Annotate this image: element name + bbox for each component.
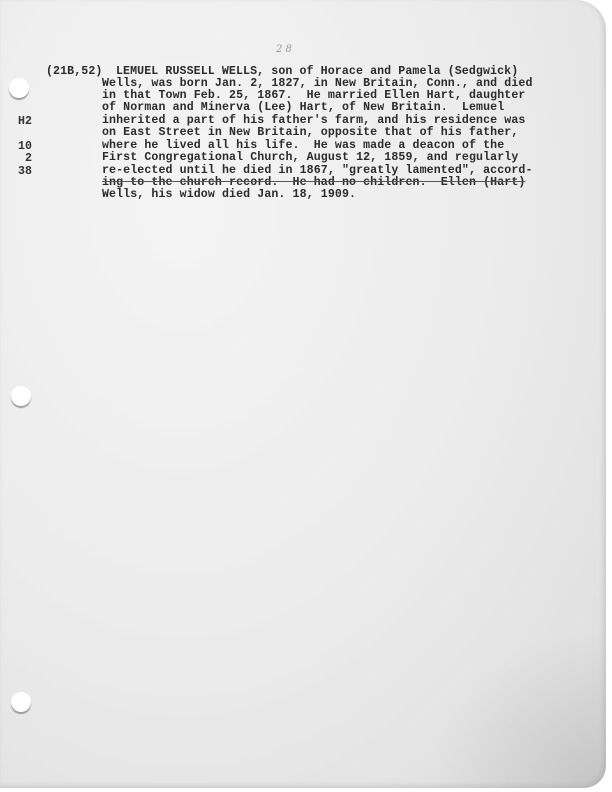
entry-line-3: of Norman and Minerva (Lee) Hart, of New… <box>102 102 504 114</box>
entry-line-7: First Congregational Church, August 12, … <box>102 152 518 164</box>
margin-note-2: 2 <box>18 152 32 165</box>
document-page: 2 8 (21B,52) LEMUEL RUSSELL WELLS, son o… <box>0 0 606 788</box>
entry-line-5: on East Street in New Britain, opposite … <box>102 127 518 139</box>
margin-note-h2: H2 <box>18 115 32 128</box>
entry-line-10: Wells, his widow died Jan. 18, 1909. <box>102 189 356 201</box>
punch-hole-middle <box>11 386 31 406</box>
entry-reference: (21B,52) <box>46 66 102 78</box>
punch-hole-top <box>9 78 29 98</box>
margin-note-38: 38 <box>18 165 32 178</box>
punch-hole-bottom <box>11 692 31 712</box>
pencil-annotation: 2 8 <box>276 44 292 55</box>
